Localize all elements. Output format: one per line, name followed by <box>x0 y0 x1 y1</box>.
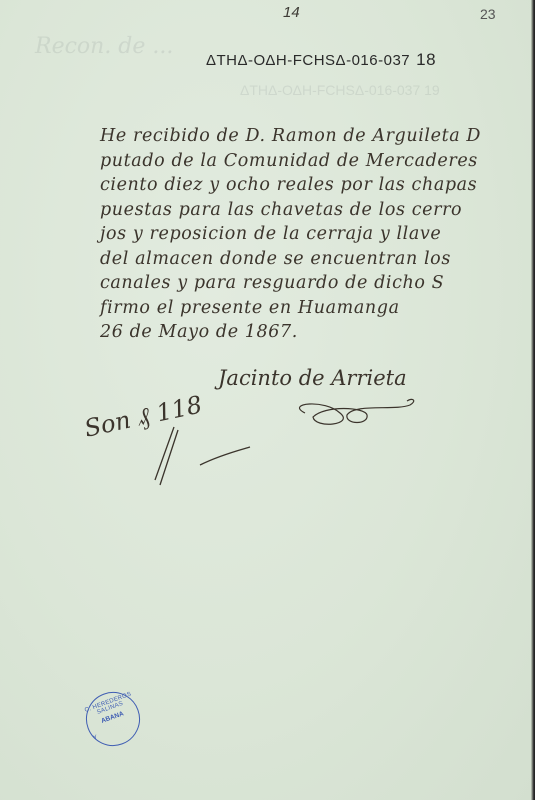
bleed-through-reference: ΔTHΔ-ΟΔH-FCHSΔ-016-037 19 <box>240 82 440 98</box>
body-line: canales y para resguardo de dicho S <box>100 271 530 296</box>
body-line: He recibido de D. Ramon de Arguileta D <box>100 124 530 149</box>
page-edge <box>531 0 535 800</box>
body-line: jos y reposicion de la cerraja y llave <box>100 222 530 247</box>
corner-folio-number: 23 <box>480 6 496 22</box>
receipt-body: He recibido de D. Ramon de Arguileta D p… <box>100 124 530 345</box>
signature: Jacinto de Arrieta <box>218 366 407 390</box>
stamp-side-text: Y <box>93 735 99 742</box>
body-line: 26 de Mayo de 1867. <box>100 320 530 345</box>
signature-flourish-icon <box>285 395 425 431</box>
archive-reference-code: ΔTHΔ-ΟΔH-FCHSΔ-016-037 <box>206 52 410 69</box>
body-line: del almacen donde se encuentran los <box>100 247 530 272</box>
bleed-through-text: Recon. de ... <box>35 34 173 59</box>
body-line: putado de la Comunidad de Mercaderes <box>100 149 530 174</box>
archive-reference: ΔTHΔ-ΟΔH-FCHSΔ-016-03718 <box>206 50 436 70</box>
rubric-flourish-icon <box>100 425 260 495</box>
body-line: puestas para las chavetas de los cerro <box>100 198 530 223</box>
body-line: firmo el presente en Huamanga <box>100 296 530 321</box>
body-line: ciento diez y ocho reales por las chapas <box>100 173 530 198</box>
archive-stamp: C. HEREDEROS SALINAS ABANA Y <box>78 684 147 753</box>
document-page: Recon. de ... ΔTHΔ-ΟΔH-FCHSΔ-016-037 19 … <box>0 0 531 800</box>
archive-reference-number: 18 <box>416 50 436 69</box>
folio-number: 14 <box>283 4 300 21</box>
